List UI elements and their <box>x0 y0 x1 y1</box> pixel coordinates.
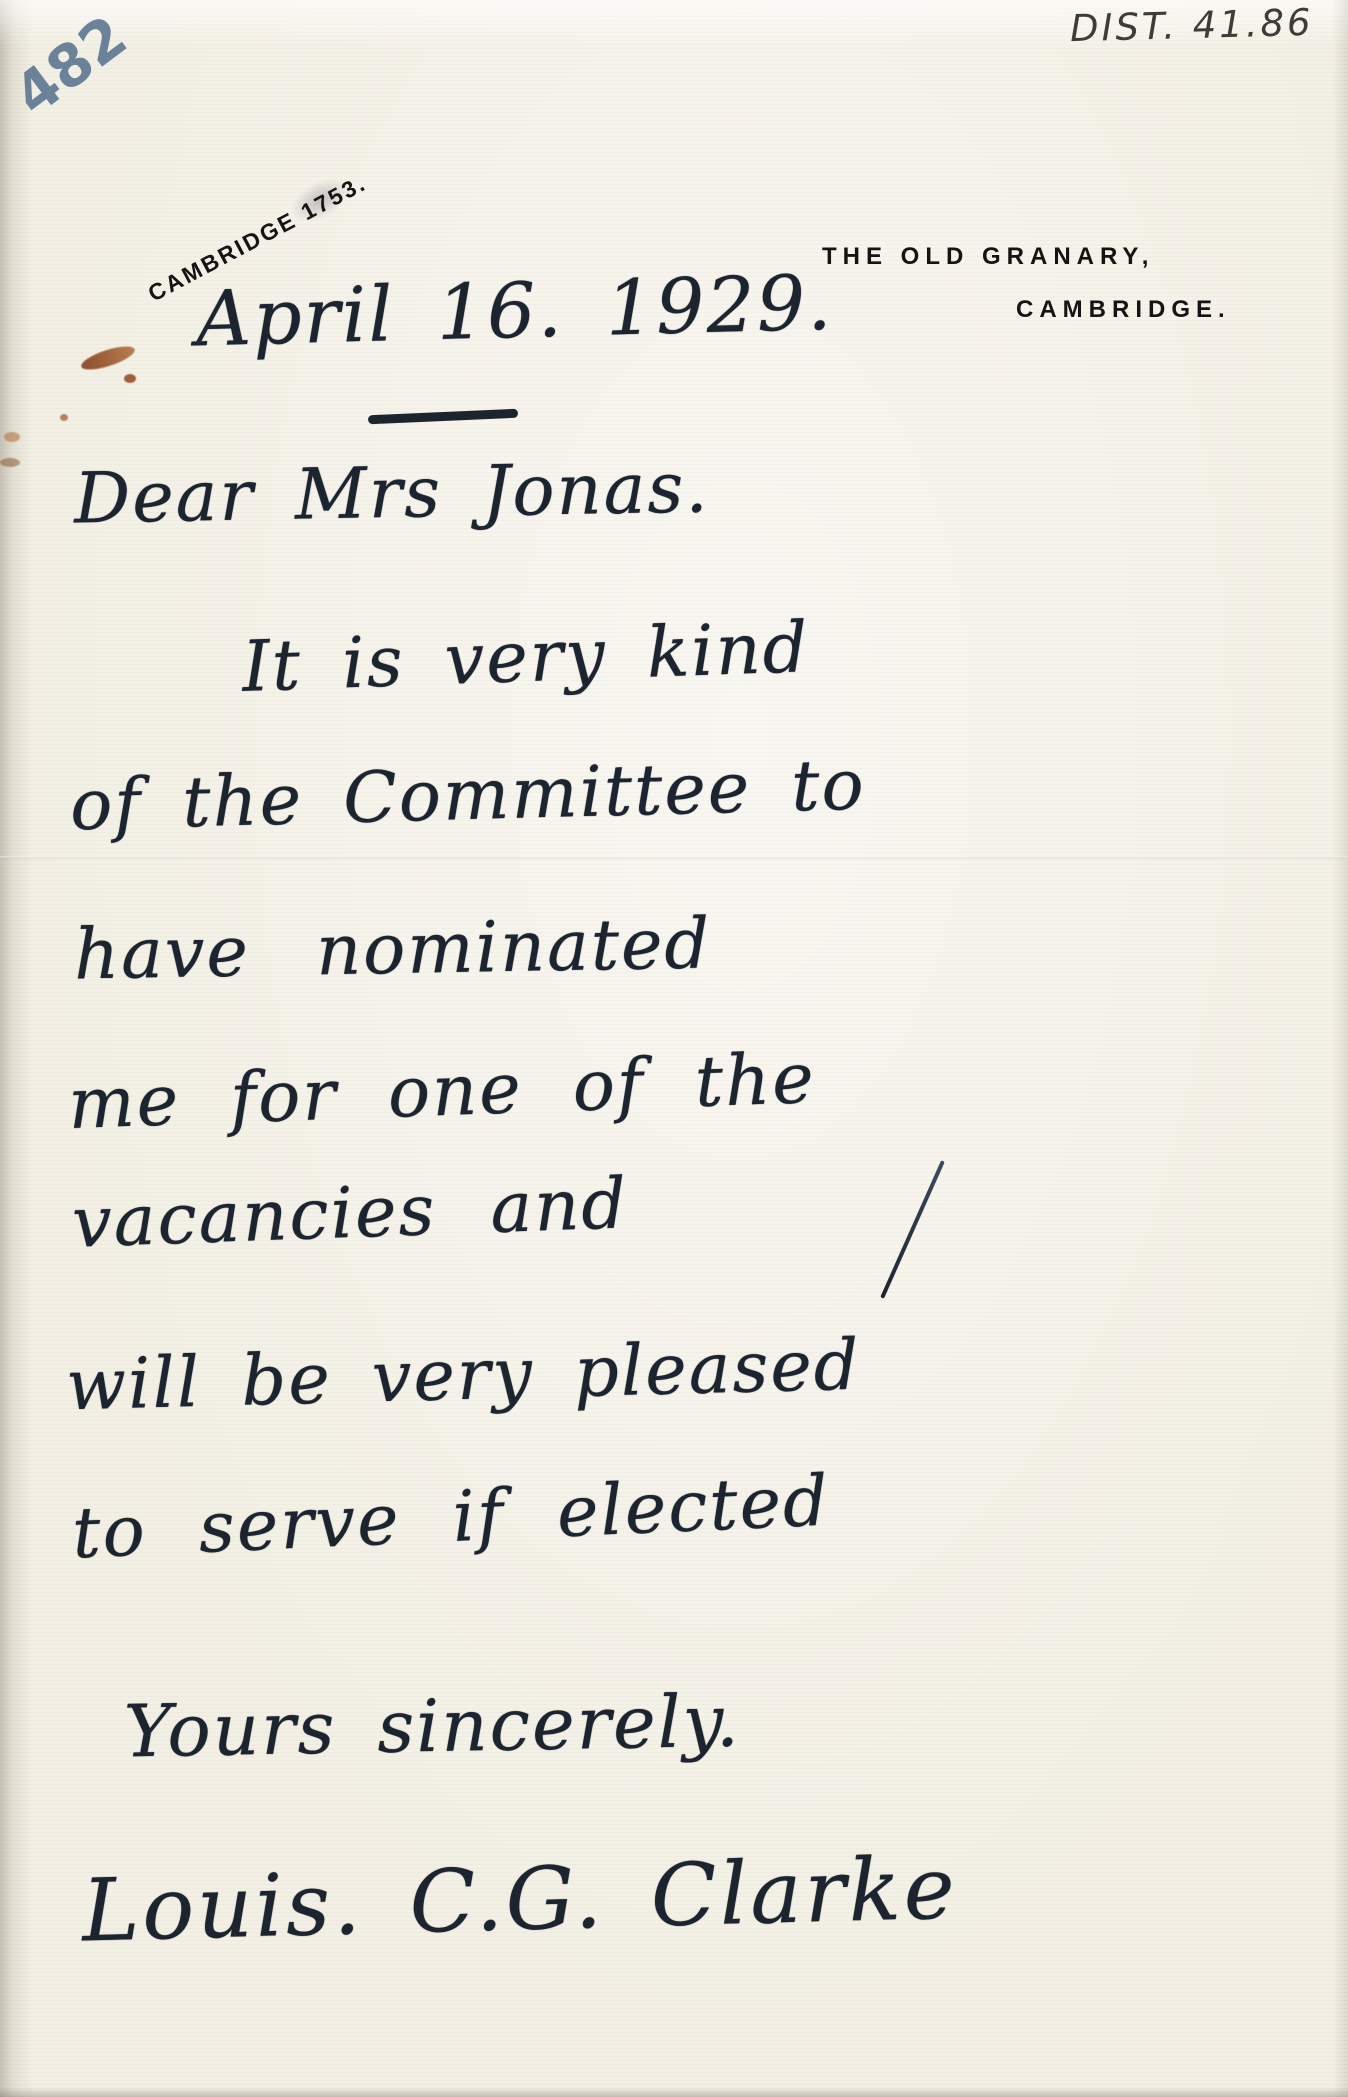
paper-crease <box>0 856 1348 859</box>
body-line: of the Committee to <box>69 744 867 847</box>
body-line: will be very pleased <box>65 1324 861 1427</box>
body-line: to serve if elected <box>71 1460 832 1575</box>
body-line: vacancies and <box>71 1162 630 1263</box>
scan-edge-right <box>1332 0 1348 2097</box>
date-underline <box>368 409 518 425</box>
scanned-letter-page: DIST. 41.86 482 CAMBRIDGE 1753. THE OLD … <box>0 0 1348 2097</box>
scan-edge-bottom <box>0 2087 1348 2097</box>
signature: Louis. C.G. Clarke <box>81 1839 959 1962</box>
salutation: Dear Mrs Jonas. <box>73 446 710 539</box>
rust-stain <box>79 342 137 375</box>
rust-stain <box>0 458 20 467</box>
body-line: have nominated <box>73 902 712 995</box>
closing-line: Yours sincerely. <box>123 1679 741 1774</box>
rust-stain <box>4 432 20 442</box>
scan-edge-left <box>0 0 34 2097</box>
body-line: It is very kind <box>241 606 811 708</box>
rust-stain <box>124 374 136 383</box>
letterhead-address-line-1: THE OLD GRANARY, <box>822 243 1154 271</box>
handwritten-date: April 16. 1929. <box>195 258 834 364</box>
pen-flourish-stroke <box>880 1160 945 1299</box>
body-line: me for one of the <box>67 1037 817 1145</box>
letterhead-address-line-2: CAMBRIDGE. <box>1016 296 1231 324</box>
rust-stain <box>60 414 68 421</box>
dist-accession-number: DIST. 41.86 <box>1069 1 1314 50</box>
